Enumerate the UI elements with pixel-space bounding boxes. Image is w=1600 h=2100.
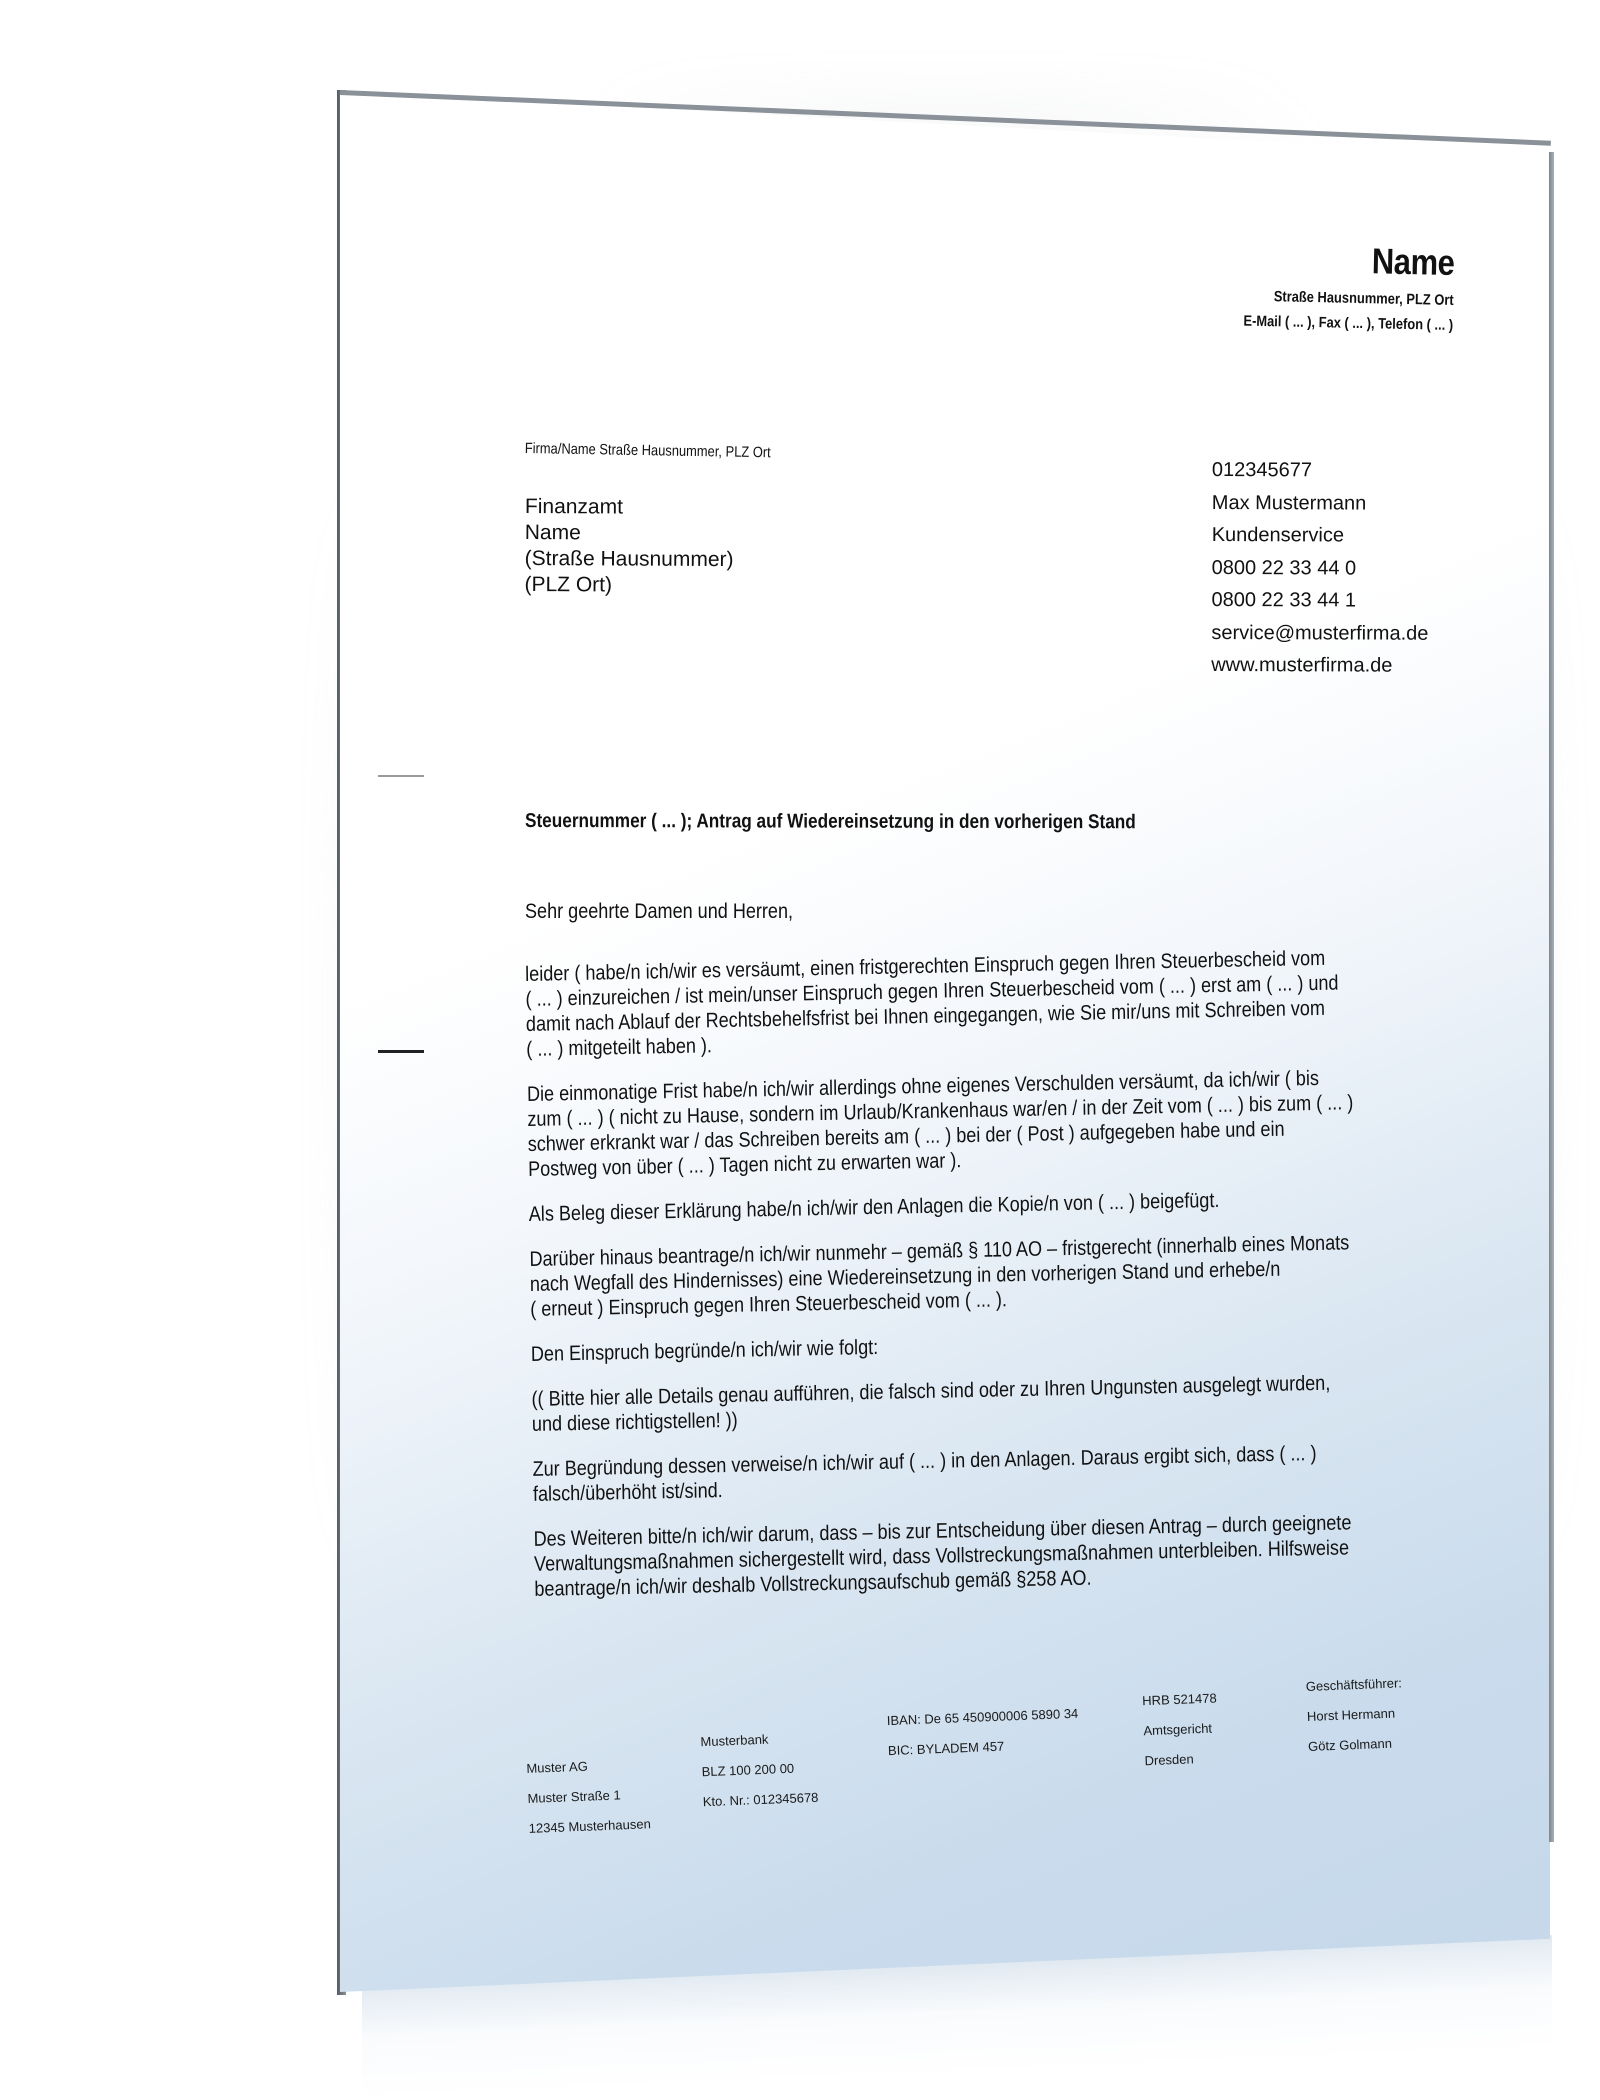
body-paragraph: Als Beleg dieser Erklärung habe/n ich/wi… <box>529 1185 1389 1227</box>
footer-company: Muster AG Muster Straße 1 12345 Musterha… <box>526 1749 652 1844</box>
footer-text: BLZ 100 200 00 <box>701 1753 818 1787</box>
footer-iban: IBAN: De 65 450900006 5890 34 BIC: BYLAD… <box>886 1699 1080 1766</box>
body-line: Den Einspruch begründe/n ich/wir wie fol… <box>531 1324 1391 1366</box>
footer-text: HRB 521478 <box>1142 1683 1218 1716</box>
body-paragraph: Zur Begründung dessen verweise/n ich/wir… <box>532 1439 1393 1506</box>
email-address: service@musterfirma.de <box>1211 616 1428 649</box>
sender-address: Straße Hausnummer, PLZ Ort <box>1244 288 1454 309</box>
footer-text: Muster AG <box>526 1749 649 1784</box>
body-paragraph: Des Weiteren bitte/n ich/wir darum, dass… <box>533 1509 1394 1601</box>
website: www.musterfirma.de <box>1211 649 1428 682</box>
fold-mark <box>378 775 424 777</box>
recipient-line: Finanzamt <box>525 494 734 521</box>
department: Kundenservice <box>1212 519 1429 552</box>
body-paragraph: (( Bitte hier alle Details genau aufführ… <box>531 1369 1392 1436</box>
letter-content: Name Straße Hausnummer, PLZ Ort E-Mail (… <box>340 92 1550 1992</box>
sender-contact: E-Mail ( ... ), Fax ( ... ), Telefon ( .… <box>1243 313 1453 334</box>
footer-text: Muster Straße 1 <box>527 1779 650 1814</box>
recipient-line: (PLZ Ort) <box>524 572 733 599</box>
reference-number: 012345677 <box>1212 454 1429 487</box>
footer-text: Götz Golmann <box>1308 1728 1405 1762</box>
footer-text: Geschäftsführer: <box>1305 1668 1402 1702</box>
footer-text: BIC: BYLADEM 457 <box>887 1729 1080 1766</box>
body-paragraph: Den Einspruch begründe/n ich/wir wie fol… <box>531 1324 1391 1366</box>
footer-text: 12345 Musterhausen <box>528 1809 651 1844</box>
return-address: Firma/Name Straße Hausnummer, PLZ Ort <box>525 440 771 461</box>
footer-bank: Musterbank BLZ 100 200 00 Kto. Nr.: 0123… <box>700 1723 819 1817</box>
body-paragraph: leider ( habe/n ich/wir es versäumt, ein… <box>525 945 1386 1062</box>
footer-text: Musterbank <box>700 1723 817 1757</box>
sender-name: Name <box>1244 238 1455 284</box>
punch-mark <box>378 1050 424 1053</box>
contact-info-block: 012345677 Max Mustermann Kundenservice 0… <box>1211 454 1429 682</box>
recipient-line: (Straße Hausnummer) <box>525 546 734 573</box>
subject-line: Steuernummer ( ... ); Antrag auf Wiedere… <box>525 810 1136 834</box>
footer-text: Kto. Nr.: 012345678 <box>702 1783 819 1817</box>
body-paragraph: Darüber hinaus beantrage/n ich/wir nunme… <box>529 1230 1390 1322</box>
sender-header: Name Straße Hausnummer, PLZ Ort E-Mail (… <box>1209 237 1455 334</box>
footer-text: Amtsgericht <box>1143 1713 1219 1746</box>
letter-footer: Muster AG Muster Straße 1 12345 Musterha… <box>525 1697 1424 1732</box>
salutation: Sehr geehrte Damen und Herren, <box>525 900 793 924</box>
recipient-address: Finanzamt Name (Straße Hausnummer) (PLZ … <box>524 494 733 599</box>
body-paragraph: Die einmonatige Frist habe/n ich/wir all… <box>527 1065 1388 1182</box>
document-preview: Name Straße Hausnummer, PLZ Ort E-Mail (… <box>0 0 1600 2100</box>
footer-text: Horst Hermann <box>1306 1698 1403 1732</box>
footer-management: Geschäftsführer: Horst Hermann Götz Golm… <box>1305 1668 1404 1762</box>
body-line: Als Beleg dieser Erklärung habe/n ich/wi… <box>529 1185 1389 1227</box>
letter-body: leider ( habe/n ich/wir es versäumt, ein… <box>525 945 1395 1622</box>
recipient-line: Name <box>525 520 734 547</box>
contact-person: Max Mustermann <box>1212 486 1429 519</box>
fax-number: 0800 22 33 44 1 <box>1211 584 1428 617</box>
footer-register: HRB 521478 Amtsgericht Dresden <box>1142 1683 1220 1776</box>
footer-text: Dresden <box>1144 1743 1220 1776</box>
phone-number: 0800 22 33 44 0 <box>1212 551 1429 584</box>
